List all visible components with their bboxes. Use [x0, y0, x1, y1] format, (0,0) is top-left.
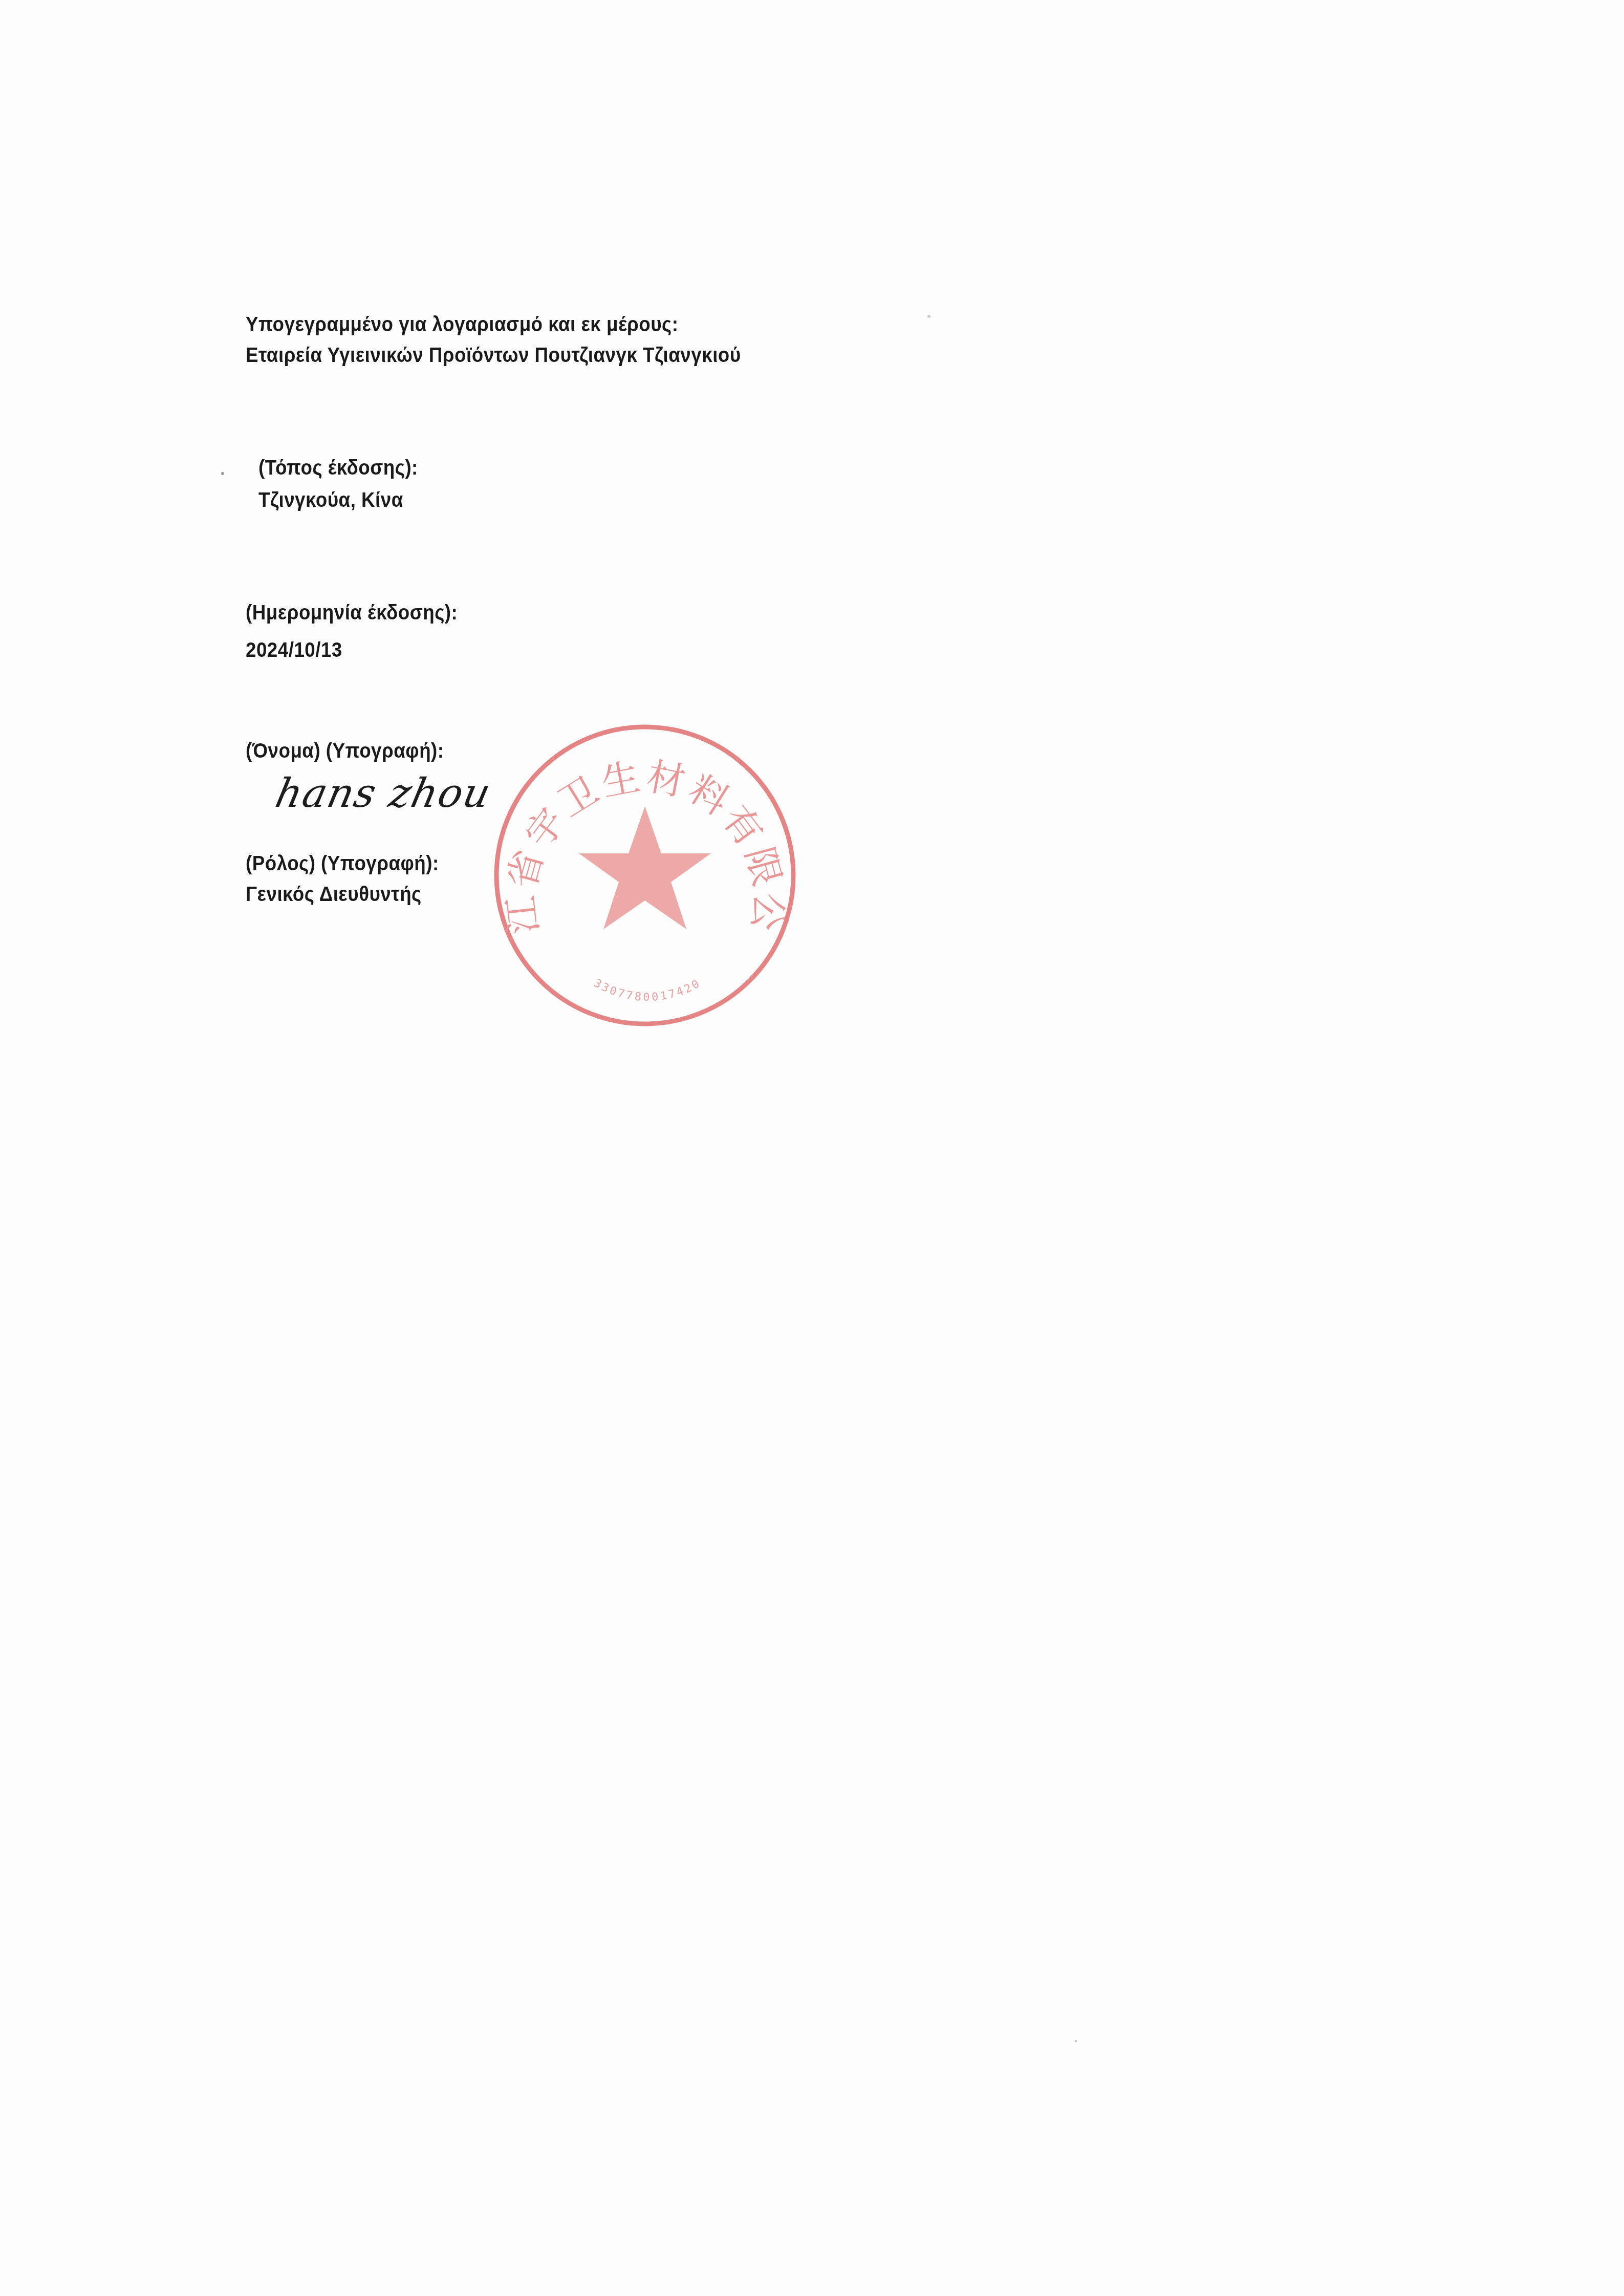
- star-icon: [579, 806, 711, 929]
- document-page: Υπογεγραμμένο για λογαριασμό και εκ μέρο…: [0, 0, 1624, 2296]
- scan-speck: [221, 472, 224, 475]
- scan-speck: [1075, 2040, 1077, 2042]
- role-signature-label: (Ρόλος) (Υπογραφή):: [246, 852, 439, 875]
- date-of-issue-label: (Ημερομηνία έκδοσης):: [246, 602, 458, 625]
- place-of-issue-value: Τζινγκούα, Κίνα: [258, 489, 403, 512]
- role-value: Γενικός Διευθυντής: [246, 883, 422, 906]
- seal-serial-number: 3307780017420: [591, 977, 703, 1004]
- date-of-issue-value: 2024/10/13: [246, 639, 342, 662]
- place-of-issue-label: (Τόπος έκδοσης):: [258, 457, 418, 480]
- scan-speck: [927, 315, 930, 318]
- handwritten-signature: hans zhou: [271, 770, 495, 817]
- company-seal-stamp: 浙江省宇卫生材料有限公司 3307780017420: [489, 719, 801, 1032]
- company-name: Εταιρεία Υγιεινικών Προϊόντων Πουτζιανγκ…: [246, 344, 741, 367]
- signed-for-label: Υπογεγραμμένο για λογαριασμό και εκ μέρο…: [246, 313, 678, 336]
- name-signature-label: (Όνομα) (Υπογραφή):: [246, 740, 444, 763]
